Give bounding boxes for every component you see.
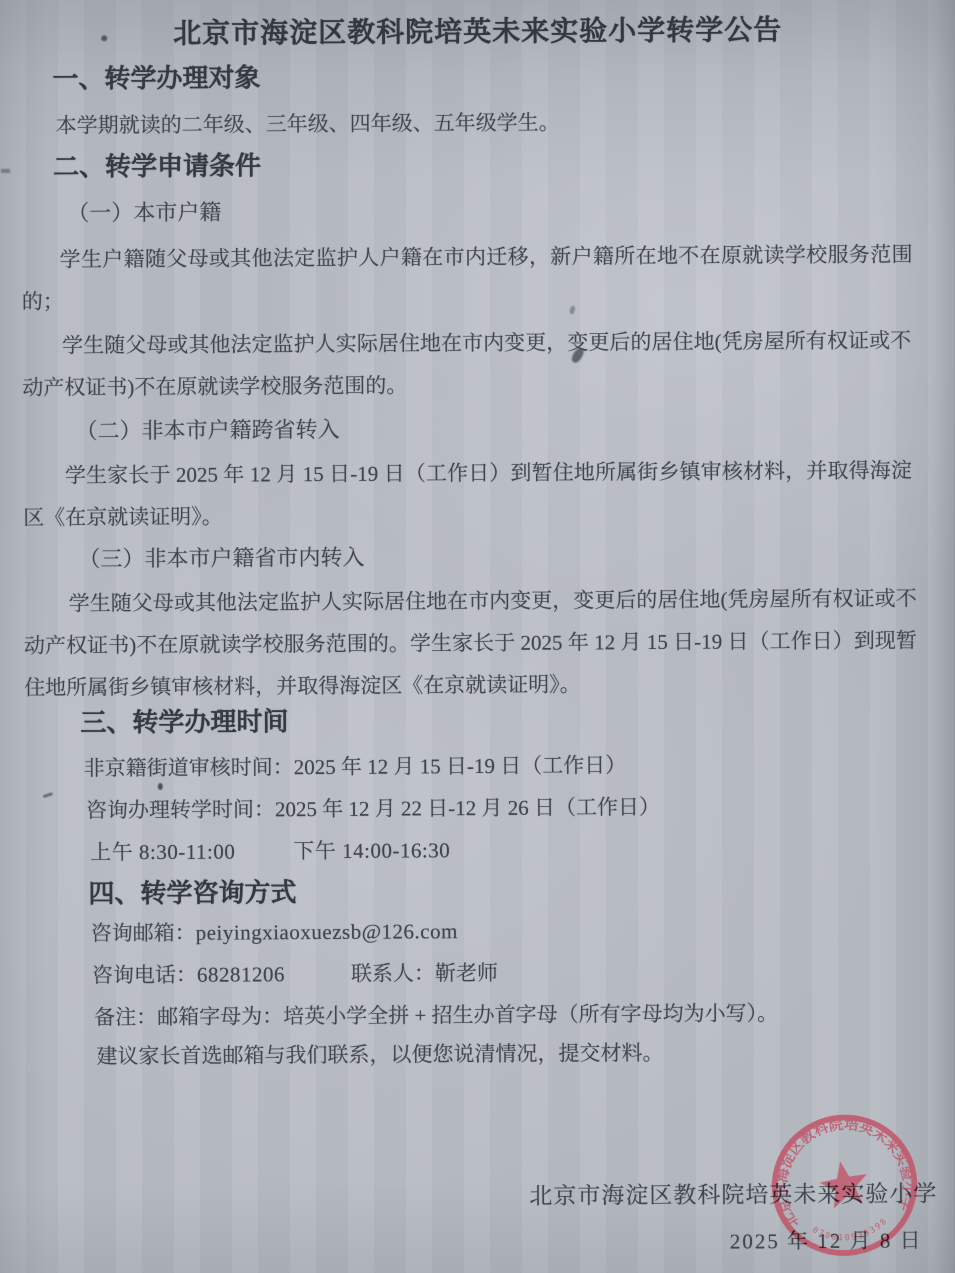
announcement-document: 北京市海淀区教科院培英未来实验小学转学公告 一、转学办理对象 本学期就读的二年级… — [0, 0, 955, 1273]
phone-line: 咨询电话：68281206联系人：靳老师 — [92, 952, 498, 996]
hours-am: 上午 8:30-11:00 — [90, 840, 235, 865]
section2-paragraph3: 学生家长于 2025 年 12 月 15 日-19 日（工作日）到暂住地所属街乡… — [23, 449, 912, 538]
section1-paragraph: 本学期就读的二年级、三年级、四年级、五年级学生。 — [21, 99, 912, 146]
section1-heading: 一、转学办理对象 — [52, 57, 260, 100]
phone-label: 咨询电话： — [92, 963, 197, 988]
contact-label: 联系人： — [351, 961, 435, 986]
ink-speck — [158, 783, 163, 790]
email-line: 咨询邮箱：peiyingxiaoxuezsb@126.com — [91, 910, 458, 954]
section3-line2: 咨询办理转学时间：2025 年 12 月 22 日-12 月 26 日（工作日） — [86, 786, 660, 832]
phone-number: 68281206 — [197, 962, 285, 987]
section3-heading: 三、转学办理时间 — [80, 701, 288, 744]
email-address: peiyingxiaoxuezsb@126.com — [196, 919, 458, 945]
section2-heading: 二、转学申请条件 — [53, 145, 261, 188]
stray-ink-dot — [101, 35, 107, 41]
hours-pm: 下午 14:00-16:30 — [293, 838, 450, 863]
section2-sub1: （一）本市户籍 — [67, 192, 221, 235]
section2-paragraph2: 学生随父母或其他法定监护人实际居住地在市内变更，变更后的居住地(凭房屋所有权证或… — [22, 319, 911, 408]
section4-heading: 四、转学咨询方式 — [88, 872, 296, 915]
section2-sub2: （二）非本市户籍跨省转入 — [75, 409, 339, 453]
email-label: 咨询邮箱： — [91, 921, 196, 946]
advice-line: 建议家长首选邮箱与我们联系，以便您说清情况，提交材料。 — [96, 1030, 921, 1077]
seal-star — [817, 1157, 872, 1210]
section3-line1: 非京籍街道审核时间：2025 年 12 月 15 日-19 日（工作日） — [84, 744, 627, 789]
document-title: 北京市海淀区教科院培英未来实验小学转学公告 — [0, 9, 955, 57]
edge-mark — [1, 169, 10, 173]
official-seal: 北京市海淀区教科院培英未来实验小学 070810939398 — [752, 1095, 937, 1273]
section2-sub3: （三）非本市户籍省市内转入 — [78, 537, 364, 581]
contact-name: 靳老师 — [435, 961, 498, 985]
stray-pen-tick — [43, 792, 53, 798]
seal-graphic: 北京市海淀区教科院培英未来实验小学 070810939398 — [752, 1095, 937, 1273]
section3-hours: 上午 8:30-11:00下午 14:00-16:30 — [90, 829, 450, 873]
section2-paragraph1: 学生户籍随父母或其他法定监护人户籍在市内迁移，新户籍所在地不在原就读学校服务范围… — [21, 233, 912, 322]
section2-paragraph4: 学生随父母或其他法定监护人实际居住地在市内变更，变更后的居住地(凭房屋所有权证或… — [24, 577, 918, 708]
